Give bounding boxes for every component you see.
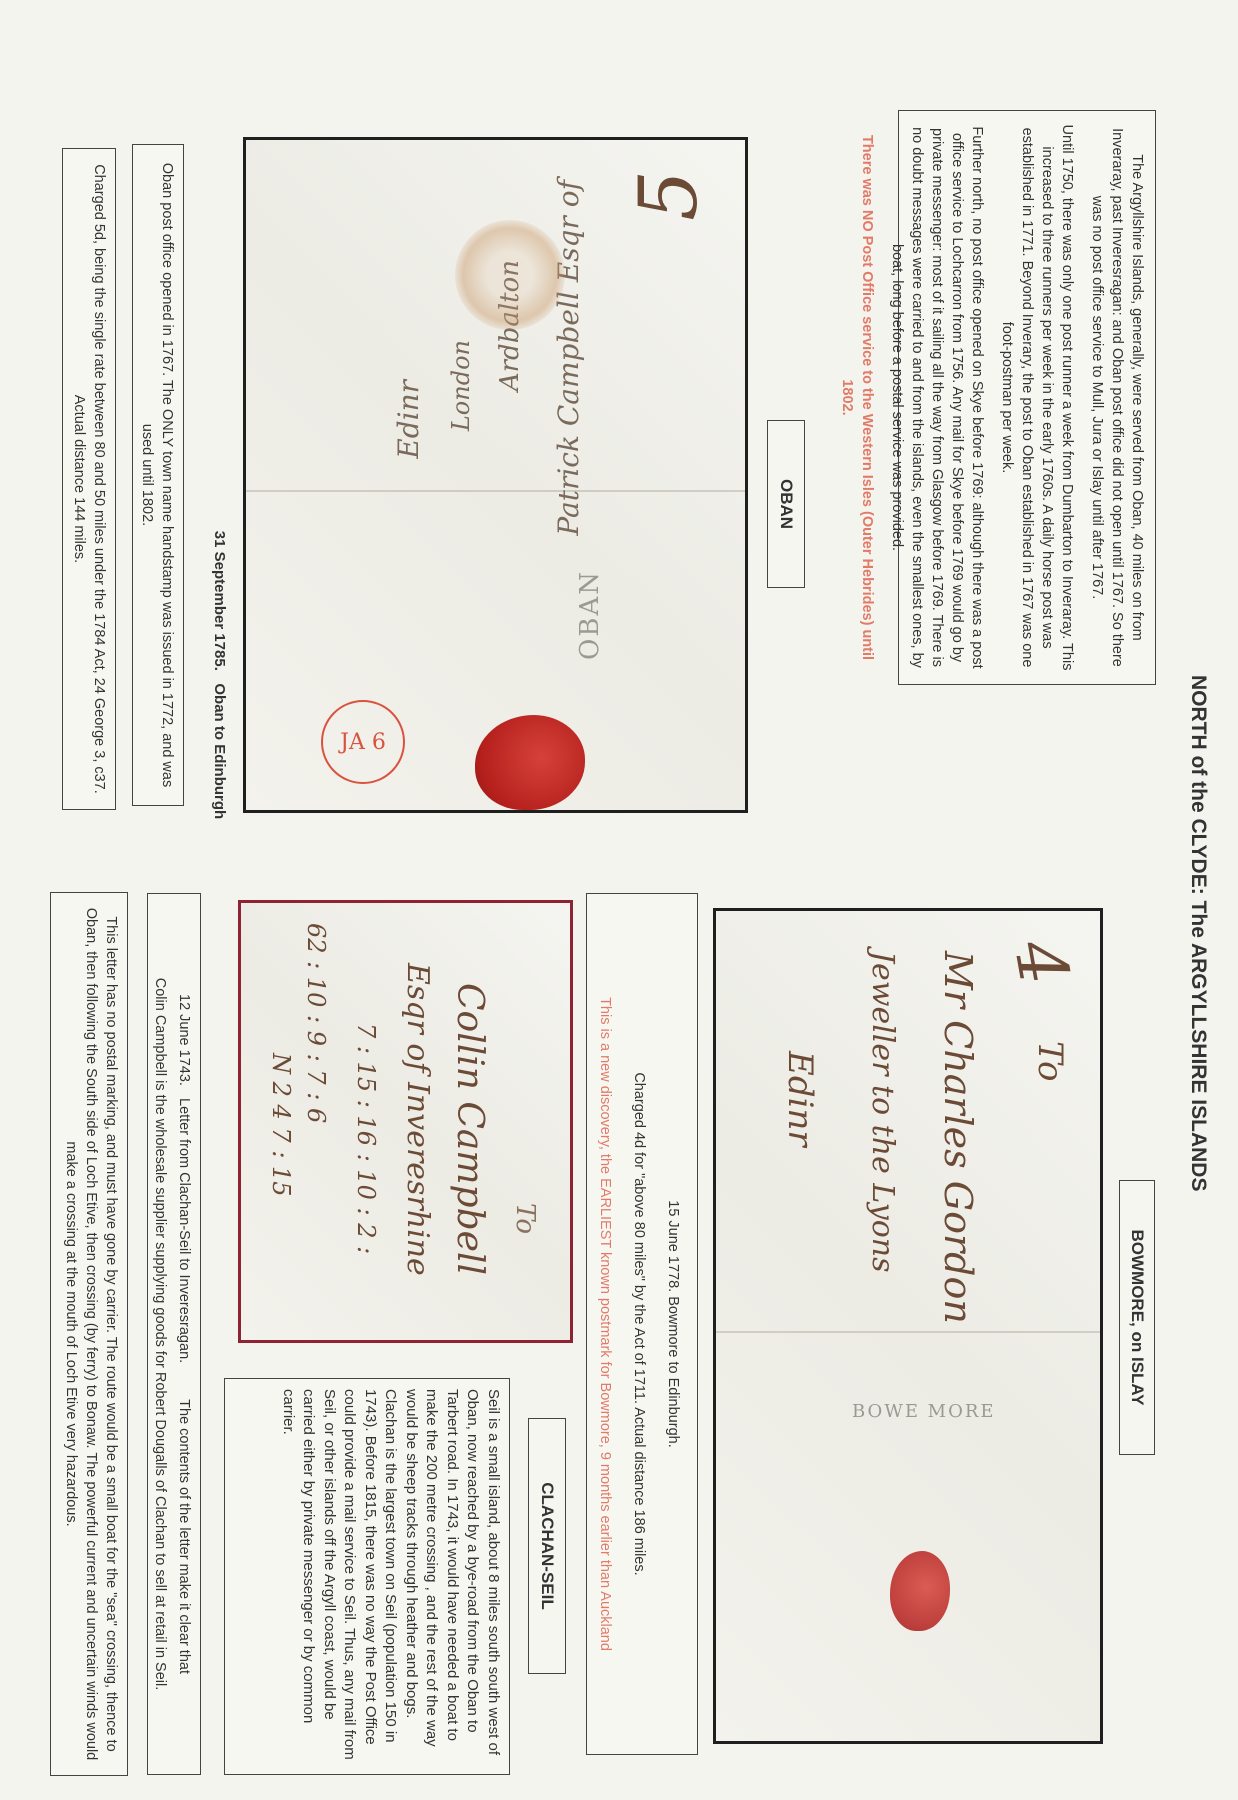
section-label-clachan-seil: CLACHAN-SEIL <box>528 1418 566 1674</box>
clachan-seil-letter-paper: To Collin Campbell Esqr of Inveresrhine … <box>241 903 570 1340</box>
oban-letter-image: 5 Patrick Campbell Esqr of Ardbalton Lon… <box>243 137 748 813</box>
section-label-oban: OBAN <box>767 420 805 588</box>
clachan-seil-description: Seil is a small island, about 8 miles so… <box>278 1389 504 1764</box>
oban-address-line-3: London <box>447 340 475 431</box>
clachan-address-line-3: Esqr of Inveresrhine <box>400 963 435 1276</box>
oban-note-1-box: Oban post office opened in 1767. The ONL… <box>132 144 184 806</box>
clachan-seil-letter-image: To Collin Campbell Esqr of Inveresrhine … <box>238 900 573 1343</box>
clachan-seil-description-box: Seil is a small island, about 8 miles so… <box>224 1378 510 1775</box>
oban-address-line-4: Edinr <box>392 380 425 459</box>
bowmore-caption-box: 15 June 1778. Bowmore to Edinburgh. Char… <box>586 893 698 1755</box>
bowmore-letter-paper: 4 To Mr Charles Gordon Jeweller to the L… <box>716 911 1100 1741</box>
bowmore-caption-line-1: 15 June 1778. Bowmore to Edinburgh. <box>663 904 683 1744</box>
clachan-seil-caption-box: 12 June 1743. Letter from Clachan-Seil t… <box>147 893 201 1775</box>
bowmore-address-line-4: Edinr <box>780 1051 820 1147</box>
oban-note-1: Oban post office opened in 1767. The ONL… <box>137 155 177 795</box>
bowmore-address-line-3: Jeweller to the Lyons <box>865 951 900 1272</box>
intro-paragraph-1: The Argyllshire Islands, generally, were… <box>1087 123 1147 672</box>
album-page: NORTH of the CLYDE: The ARGYLLSHIRE ISLA… <box>0 0 1238 1800</box>
oban-charge-mark: 5 <box>622 170 715 221</box>
intro-paragraph-2: Until 1750, there was only one post runn… <box>997 123 1077 672</box>
oban-wax-seal <box>475 715 585 810</box>
oban-town-stamp: OBAN <box>575 570 605 660</box>
oban-letter-paper: 5 Patrick Campbell Esqr of Ardbalton Lon… <box>246 140 745 810</box>
section-label-bowmore: BOWMORE, on ISLAY <box>1119 1180 1155 1455</box>
bowmore-town-stamp: BOWE MORE <box>852 1401 996 1422</box>
oban-address-line-1: Patrick Campbell Esqr of <box>552 180 585 536</box>
clachan-caption-line-1: 12 June 1743. Letter from Clachan-Seil t… <box>174 904 194 1764</box>
oban-heading: 31 September 1785. Oban to Edinburgh <box>211 350 228 1000</box>
intro-text-box: The Argyllshire Islands, generally, were… <box>898 110 1156 685</box>
bowmore-caption-highlight: This is a new discovery, the EARLIEST kn… <box>595 904 615 1744</box>
clachan-address-line-1: To <box>510 1203 540 1234</box>
bowmore-address-line-1: To <box>1030 1041 1070 1082</box>
oban-date-stamp: JA 6 <box>321 700 405 784</box>
clachan-accounts-line-2: 62 : 10 : 9 : 7 : 6 <box>302 923 330 1123</box>
clachan-address-line-2: Collin Campbell <box>449 983 490 1275</box>
bowmore-wax-seal <box>890 1551 950 1631</box>
oban-note-2-box: Charged 5d, being the single rate betwee… <box>62 148 116 810</box>
clachan-seil-note-box: This letter has no postal marking, and m… <box>50 892 128 1776</box>
bowmore-address-line-2: Mr Charles Gordon <box>936 951 980 1324</box>
bowmore-caption-line-2: Charged 4d for "above 80 miles" by the A… <box>629 904 649 1744</box>
bowmore-letter-image: 4 To Mr Charles Gordon Jeweller to the L… <box>713 908 1103 1744</box>
oban-letter-stain <box>455 220 565 330</box>
intro-paragraph-3: Further north, no post office opened on … <box>887 123 987 672</box>
oban-note-2: Charged 5d, being the single rate betwee… <box>69 159 109 799</box>
fold-line <box>716 1331 1100 1333</box>
fold-line <box>246 490 745 492</box>
clachan-accounts-line-3: N 2 4 7 : 15 <box>267 1053 295 1197</box>
clachan-note: This letter has no postal marking, and m… <box>61 903 121 1765</box>
bowmore-charge-mark: 4 <box>998 934 1083 990</box>
clachan-caption-line-2: Colin Campbell is the wholesale supplier… <box>150 904 170 1764</box>
page-title: NORTH of the CLYDE: The ARGYLLSHIRE ISLA… <box>1186 675 1210 1191</box>
intro-highlight: There was NO Post Office service to the … <box>837 123 877 672</box>
clachan-accounts-line-1: 7 : 15 : 16 : 10 : 2 : <box>352 1023 380 1254</box>
